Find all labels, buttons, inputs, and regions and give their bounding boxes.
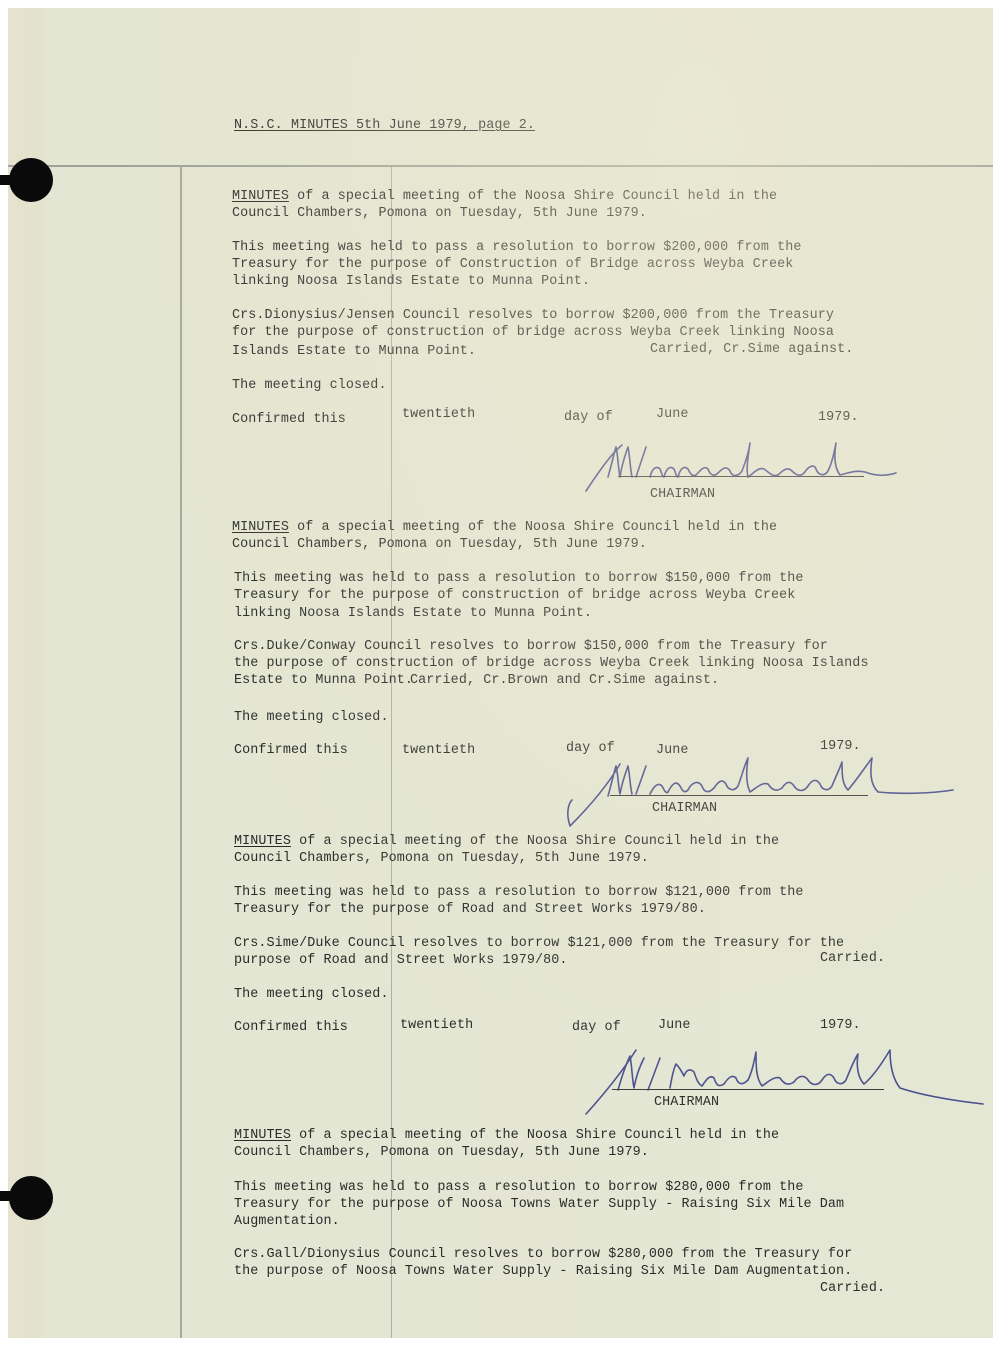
- resolution-result: Carried.: [820, 1281, 885, 1296]
- minutes-heading: MINUTES of a special meeting of the Noos…: [232, 189, 777, 204]
- minutes-heading-word: MINUTES: [234, 834, 291, 849]
- signatory-title: CHAIRMAN: [654, 1095, 719, 1110]
- minutes-heading-word: MINUTES: [232, 189, 289, 204]
- day-of-label: day of: [564, 410, 613, 425]
- resolution-line: purpose of Road and Street Works 1979/80…: [234, 953, 568, 968]
- purpose-line: This meeting was held to pass a resoluti…: [234, 1180, 804, 1195]
- confirmed-day: twentieth: [402, 743, 475, 758]
- minutes-heading-line2: Council Chambers, Pomona on Tuesday, 5th…: [234, 1145, 649, 1160]
- minutes-heading-text: of a special meeting of the Noosa Shire …: [291, 1128, 779, 1143]
- purpose-line: This meeting was held to pass a resoluti…: [232, 240, 802, 255]
- chairman-signature: [578, 433, 898, 498]
- minutes-heading-word: MINUTES: [232, 520, 289, 535]
- minutes-heading-text: of a special meeting of the Noosa Shire …: [289, 189, 777, 204]
- resolution-line: Crs.Duke/Conway Council resolves to borr…: [234, 639, 828, 654]
- confirmed-label: Confirmed this: [232, 412, 346, 427]
- signatory-title: CHAIRMAN: [652, 801, 717, 816]
- document-page: N.S.C. MINUTES 5th June 1979, page 2. MI…: [8, 8, 993, 1338]
- confirmed-day: twentieth: [400, 1018, 473, 1033]
- signature-line: [610, 795, 868, 796]
- resolution-result: Carried.: [820, 951, 885, 966]
- purpose-line: Augmentation.: [234, 1214, 340, 1229]
- meeting-closed: The meeting closed.: [234, 710, 389, 725]
- purpose-line: Treasury for the purpose of Road and Str…: [234, 902, 706, 917]
- resolution-line: Islands Estate to Munna Point.: [232, 344, 476, 359]
- purpose-line: linking Noosa Islands Estate to Munna Po…: [234, 606, 592, 621]
- resolution-line: Estate to Munna Point.: [234, 673, 413, 688]
- resolution-line: the purpose of construction of bridge ac…: [234, 656, 869, 671]
- meeting-closed: The meeting closed.: [234, 987, 389, 1002]
- minutes-heading-line2: Council Chambers, Pomona on Tuesday, 5th…: [234, 851, 649, 866]
- confirmed-day: twentieth: [402, 407, 475, 422]
- resolution-line: Crs.Dionysius/Jensen Council resolves to…: [232, 308, 834, 323]
- signature-line: [618, 476, 864, 477]
- minutes-heading-line2: Council Chambers, Pomona on Tuesday, 5th…: [232, 206, 647, 221]
- chairman-signature: [558, 748, 958, 833]
- day-of-label: day of: [572, 1020, 621, 1035]
- chairman-signature: [578, 1042, 988, 1122]
- hole-punch-icon: [9, 158, 53, 202]
- resolution-line: Crs.Gall/Dionysius Council resolves to b…: [234, 1247, 852, 1262]
- minutes-heading: MINUTES of a special meeting of the Noos…: [232, 520, 777, 535]
- minutes-heading: MINUTES of a special meeting of the Noos…: [234, 1128, 779, 1143]
- signature-line: [612, 1089, 884, 1090]
- confirmed-year: 1979.: [820, 1018, 861, 1033]
- confirmed-month: June: [656, 407, 689, 422]
- purpose-line: This meeting was held to pass a resoluti…: [234, 571, 804, 586]
- confirmed-month: June: [658, 1018, 691, 1033]
- signatory-title: CHAIRMAN: [650, 487, 715, 502]
- left-margin-rule: [180, 166, 182, 1338]
- minutes-heading: MINUTES of a special meeting of the Noos…: [234, 834, 779, 849]
- purpose-line: Treasury for the purpose of Noosa Towns …: [234, 1197, 844, 1212]
- resolution-result: Carried, Cr.Brown and Cr.Sime against.: [410, 673, 719, 688]
- purpose-line: Treasury for the purpose of construction…: [234, 588, 795, 603]
- confirmed-label: Confirmed this: [234, 743, 348, 758]
- minutes-heading-text: of a special meeting of the Noosa Shire …: [289, 520, 777, 535]
- column-rule: [391, 166, 392, 1338]
- header-rule: [8, 165, 993, 167]
- resolution-line: the purpose of Noosa Towns Water Supply …: [234, 1264, 852, 1279]
- minutes-heading-line2: Council Chambers, Pomona on Tuesday, 5th…: [232, 537, 647, 552]
- meeting-closed: The meeting closed.: [232, 378, 387, 393]
- purpose-line: Treasury for the purpose of Construction…: [232, 257, 793, 272]
- resolution-line: Crs.Sime/Duke Council resolves to borrow…: [234, 936, 844, 951]
- hole-punch-icon: [9, 1176, 53, 1220]
- confirmed-year: 1979.: [818, 410, 859, 425]
- purpose-line: This meeting was held to pass a resoluti…: [234, 885, 804, 900]
- resolution-line: for the purpose of construction of bridg…: [232, 325, 834, 340]
- confirmed-label: Confirmed this: [234, 1020, 348, 1035]
- purpose-line: linking Noosa Islands Estate to Munna Po…: [232, 274, 590, 289]
- resolution-result: Carried, Cr.Sime against.: [650, 342, 853, 357]
- minutes-heading-word: MINUTES: [234, 1128, 291, 1143]
- page-header-title: N.S.C. MINUTES 5th June 1979, page 2.: [234, 118, 535, 133]
- minutes-heading-text: of a special meeting of the Noosa Shire …: [291, 834, 779, 849]
